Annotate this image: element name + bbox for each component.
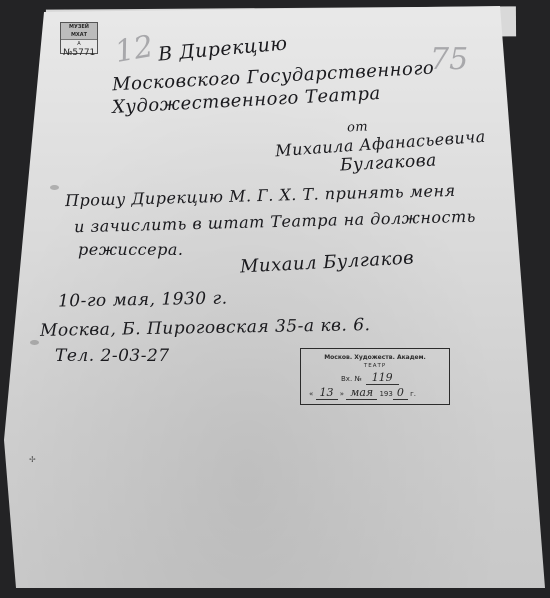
from-label: от — [347, 119, 369, 135]
archive-stamp: МУЗЕЙ МХАТ А №5771 — [60, 22, 98, 54]
pin-mark: ✢ — [29, 455, 36, 464]
stamp-year-end: г. — [410, 390, 416, 398]
archive-stamp-number: №5771 — [61, 48, 97, 58]
stamp-theatre-name: Москов. Художеств. Академ. — [301, 354, 449, 361]
stamp-date-row: « 13 » мая 1930 г. — [309, 386, 416, 399]
archive-stamp-letter: А — [61, 40, 97, 48]
stamp-theatre-label: ТЕАТР — [301, 363, 449, 369]
punch-hole-bottom — [30, 340, 39, 345]
date-line: 10-го мая, 1930 г. — [58, 289, 228, 312]
stamp-incoming-number-row: Вх. №119 — [341, 371, 399, 384]
punch-hole-top — [50, 185, 59, 190]
stamp-year-prefix: 193 — [379, 390, 392, 398]
stamp-incoming-label: Вх. № — [341, 375, 362, 383]
stamp-month: мая — [346, 386, 377, 400]
theatre-registration-stamp: Москов. Художеств. Академ. ТЕАТР Вх. №11… — [300, 348, 450, 405]
archive-stamp-title: МУЗЕЙ МХАТ — [61, 23, 97, 40]
body-line-3: режиссера. — [78, 240, 183, 259]
stamp-incoming-number: 119 — [366, 371, 399, 385]
stamp-year-suffix: 0 — [393, 386, 408, 400]
stamp-day: 13 — [316, 386, 338, 400]
pencil-mark-left: 12 — [112, 29, 156, 70]
pencil-mark-right: 75 — [430, 42, 468, 77]
phone-line: Тел. 2-03-27 — [55, 346, 170, 366]
